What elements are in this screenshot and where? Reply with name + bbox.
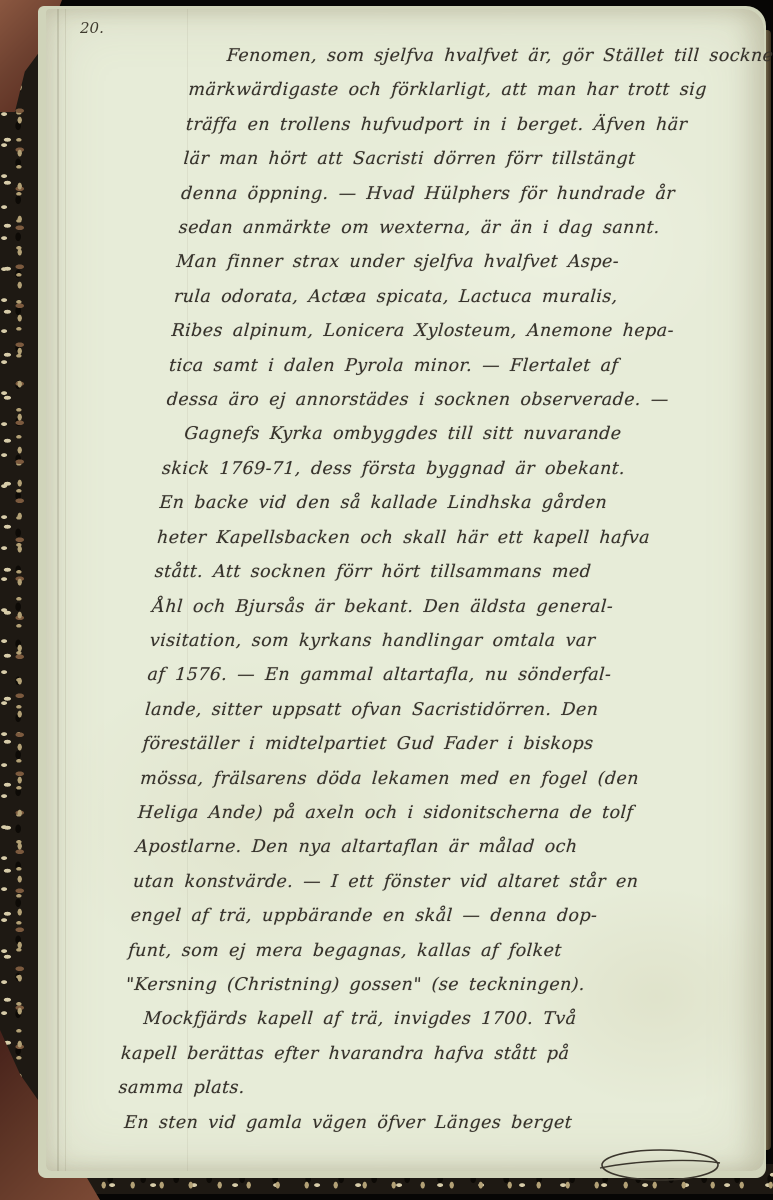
manuscript-line: rula odorata, Actæa spicata, Lactuca mur… (173, 280, 747, 314)
manuscript-line: mössa, frälsarens döda lekamen med en fo… (139, 762, 713, 796)
ink-flourish-icon (594, 1143, 726, 1187)
manuscript-line: funt, som ej mera begagnas, kallas af fo… (127, 934, 701, 968)
page-crease (65, 9, 66, 1171)
manuscript-line: Mockfjärds kapell af trä, invigdes 1700.… (122, 1002, 696, 1036)
manuscript-line: En backe vid den så kallade Lindhska går… (158, 486, 732, 520)
manuscript-line: En sten vid gamla vägen öfver Länges ber… (115, 1106, 689, 1140)
manuscript-line: utan konstvärde. — I ett fönster vid alt… (132, 865, 706, 899)
manuscript-line: Man finner strax under sjelfva hvalfvet … (175, 245, 749, 279)
manuscript-line: sedan anmärkte om wexterna, är än i dag … (178, 211, 752, 245)
manuscript-line: föreställer i midtelpartiet Gud Fader i … (141, 727, 715, 761)
manuscript-line: Ribes alpinum, Lonicera Xylosteum, Anemo… (170, 314, 744, 348)
page-crease (57, 9, 59, 1171)
manuscript-line: heter Kapellsbacken och skall här ett ka… (156, 521, 730, 555)
manuscript-line: visitation, som kyrkans handlingar omtal… (149, 624, 723, 658)
manuscript-line: "Kersning (Christning) gossen" (se teckn… (125, 968, 699, 1002)
manuscript-line: engel af trä, uppbärande en skål — denna… (129, 899, 703, 933)
manuscript-line: denna öppning. — Hvad Hülphers för hundr… (180, 177, 754, 211)
manuscript-page: 20. Fenomen, som sjelfva hvalfvet är, gö… (46, 9, 764, 1171)
manuscript-line: Gagnefs Kyrka ombyggdes till sitt nuvara… (163, 417, 737, 451)
manuscript-line: tica samt i dalen Pyrola minor. — Flerta… (168, 349, 742, 383)
manuscript-line: kapell berättas efter hvarandra hafva st… (120, 1037, 694, 1071)
manuscript-text: Fenomen, som sjelfva hvalfvet är, gör St… (115, 39, 764, 1140)
manuscript-line: af 1576. — En gammal altartafla, nu sönd… (146, 658, 720, 692)
manuscript-line: stått. Att socknen förr hört tillsammans… (154, 555, 728, 589)
manuscript-line: Heliga Ande) på axeln och i sidonitscher… (137, 796, 711, 830)
manuscript-line: lande, sitter uppsatt ofvan Sacristidörr… (144, 693, 718, 727)
manuscript-line: märkwärdigaste och förklarligt, att man … (187, 73, 761, 107)
manuscript-line: skick 1769-71, dess första byggnad är ob… (161, 452, 735, 486)
manuscript-line: dessa äro ej annorstädes i socknen obser… (166, 383, 740, 417)
scanned-manuscript: 20. Fenomen, som sjelfva hvalfvet är, gö… (0, 0, 773, 1200)
manuscript-line: Fenomen, som sjelfva hvalfvet är, gör St… (190, 39, 764, 73)
manuscript-line: Åhl och Bjursås är bekant. Den äldsta ge… (151, 590, 725, 624)
page-number: 20. (80, 19, 104, 37)
manuscript-line: träffa en trollens hufvudport in i berge… (185, 108, 759, 142)
manuscript-line: lär man hört att Sacristi dörren förr ti… (182, 142, 756, 176)
manuscript-line: Apostlarne. Den nya altartaflan är målad… (134, 830, 708, 864)
manuscript-line: samma plats. (117, 1071, 691, 1105)
